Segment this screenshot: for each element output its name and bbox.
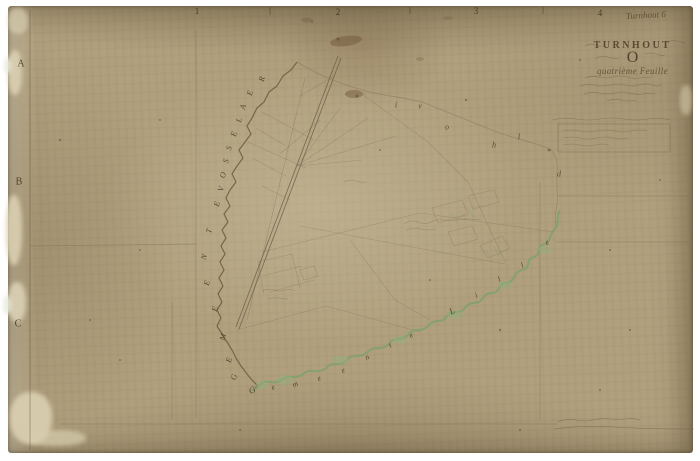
field-letter: h [492, 141, 496, 150]
southeast-boundary: n [363, 352, 370, 362]
section-letter: O [565, 52, 700, 64]
southeast-boundary: l [496, 275, 502, 284]
west-boundary: R [257, 75, 267, 82]
west-boundary: A [238, 103, 248, 110]
southeast-boundary: i [473, 291, 479, 300]
grid-side-letter: A [17, 59, 24, 70]
west-boundary: V [216, 185, 226, 192]
west-boundary: E [229, 130, 239, 137]
west-boundary: T [204, 228, 214, 235]
west-boundary: E [224, 356, 234, 363]
west-boundary: S [224, 145, 234, 151]
field-letter: o [445, 123, 449, 132]
field-letter: v [418, 102, 422, 111]
west-boundary: E [245, 89, 255, 96]
scanned-cadastral-map: 1234ABCGEMEENTEVOSSELAERGemeenteLilleivo… [0, 0, 700, 461]
west-boundary: S [221, 158, 231, 164]
sheet-subtitle: quatrième Feuille [565, 66, 700, 76]
field-letter: d [557, 170, 561, 179]
southeast-boundary: e [543, 237, 550, 247]
grid-top-number: 4 [598, 8, 603, 18]
west-boundary: N [199, 253, 209, 260]
southeast-boundary: m [291, 379, 300, 389]
southeast-boundary: e [269, 382, 276, 392]
southeast-boundary: l [519, 261, 525, 270]
west-boundary: E [202, 279, 212, 286]
grid-top-number: 1 [195, 6, 200, 16]
west-boundary: E [212, 200, 222, 207]
field-letter: i [395, 101, 397, 110]
southeast-boundary: e [407, 330, 414, 340]
west-boundary: O [218, 171, 228, 179]
grid-top-number: 2 [336, 7, 341, 17]
grid-side-letter: C [15, 319, 22, 330]
southeast-boundary: G [247, 384, 257, 396]
southeast-boundary: e [339, 365, 346, 375]
west-boundary: G [229, 373, 239, 381]
west-boundary: L [234, 117, 244, 124]
field-letter: l [518, 133, 520, 142]
grid-side-letter: B [16, 177, 23, 188]
archive-stamp: Turnhout 6 [626, 9, 666, 21]
grid-top-number: 3 [474, 6, 479, 16]
title-block: TURNHOUT O quatrième Feuille [565, 40, 700, 76]
southeast-boundary: L [447, 305, 456, 316]
southeast-boundary: t [387, 341, 393, 350]
southeast-boundary: e [315, 373, 322, 383]
west-boundary: M [218, 333, 228, 342]
west-boundary: E [210, 305, 220, 312]
